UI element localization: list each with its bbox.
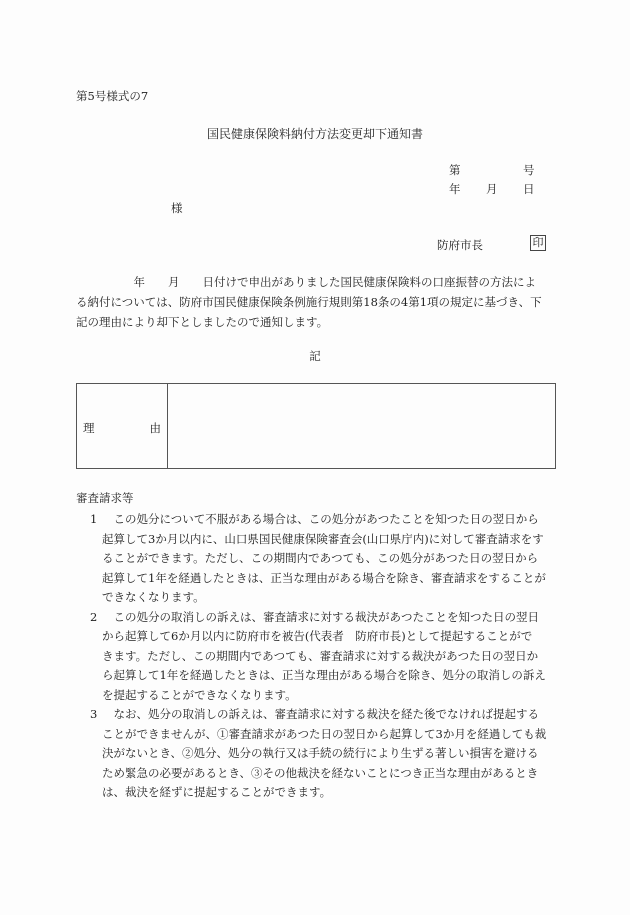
review-heading: 審査請求等: [76, 490, 134, 506]
item-line: 起算して1年を経過したときは、正当な理由がある場合を除き、審査請求をすることが: [102, 569, 565, 589]
review-item-3: 3 なお、処分の取消しの訴えは、審査請求に対する裁決を経た後でなければ提起する …: [90, 705, 565, 803]
item-line: から起算して6か月以内に防府市を被告(代表者 防府市長)として提起することがで: [102, 627, 565, 647]
addressee: 様: [171, 200, 183, 216]
form-number: 第5号様式の7: [76, 88, 148, 104]
review-item-2: 2 この処分の取消しの訴えは、審査請求に対する裁決があつたことを知つた日の翌日 …: [90, 608, 565, 706]
item-line: この処分の取消しの訴えは、審査請求に対する裁決があつたことを知つた日の翌日: [102, 608, 565, 628]
reason-value: [168, 384, 555, 468]
number-prefix: 第: [449, 162, 461, 178]
item-line: 決がないとき、②処分、処分の執行又は手続の続行により生ずる著しい損害を避ける: [102, 744, 565, 764]
item-line: 起算して3か月以内に、山口県国民健康保険審査会(山口県庁内)に対して審査請求をす: [102, 530, 565, 550]
item-line: なお、処分の取消しの訴えは、審査請求に対する裁決を経た後でなければ提起する: [102, 705, 565, 725]
issuer: 防府市長: [437, 237, 483, 253]
body-line: 年 月 日付けで申出がありました国民健康保険料の口座振替の方法によ: [76, 272, 558, 292]
reason-table: 理 由: [76, 383, 556, 469]
body-paragraph: 年 月 日付けで申出がありました国民健康保険料の口座振替の方法によ る納付につい…: [76, 272, 558, 332]
reason-label-right: 由: [150, 420, 162, 436]
item-line: は、裁決を経ずに提起することができます。: [102, 783, 565, 803]
item-line: ことができませんが、①審査請求があつた日の翌日から起算して3か月を経過しても裁: [102, 725, 565, 745]
document-title: 国民健康保険料納付方法変更却下通知書: [0, 125, 630, 142]
review-item-1: 1 この処分について不服がある場合は、この処分があつたことを知つた日の翌日から …: [90, 510, 565, 608]
number-suffix: 号: [523, 162, 535, 178]
body-line: る納付については、防府市国民健康保険条例施行規則第18条の4第1項の規定に基づき…: [76, 292, 558, 312]
item-line: ることができます。ただし、この期間内であつても、この処分があつた日の翌日から: [102, 549, 565, 569]
item-line: を提起することができなくなります。: [102, 686, 565, 706]
item-number: 3: [90, 705, 97, 725]
reason-label-left: 理: [83, 420, 95, 436]
date-year: 年: [449, 181, 461, 197]
item-line: できなくなります。: [102, 588, 565, 608]
review-items: 1 この処分について不服がある場合は、この処分があつたことを知つた日の翌日から …: [90, 510, 565, 803]
reason-label: 理 由: [77, 384, 168, 468]
item-line: ため緊急の必要があるとき、③その他裁決を経ないことにつき正当な理由があるとき: [102, 764, 565, 784]
item-line: ら起算して1年を経過したときは、正当な理由がある場合を除き、処分の取消しの訴え: [102, 666, 565, 686]
ki-heading: 記: [0, 348, 630, 364]
item-line: この処分について不服がある場合は、この処分があつたことを知つた日の翌日から: [102, 510, 565, 530]
date-day: 日: [523, 181, 535, 197]
item-number: 2: [90, 608, 97, 628]
body-line: 記の理由により却下としましたので通知します。: [76, 312, 558, 332]
item-number: 1: [90, 510, 97, 530]
seal-mark: 印: [530, 235, 546, 251]
item-line: きます。ただし、この期間内であつても、審査請求に対する裁決があつた日の翌日か: [102, 647, 565, 667]
date-month: 月: [486, 181, 498, 197]
